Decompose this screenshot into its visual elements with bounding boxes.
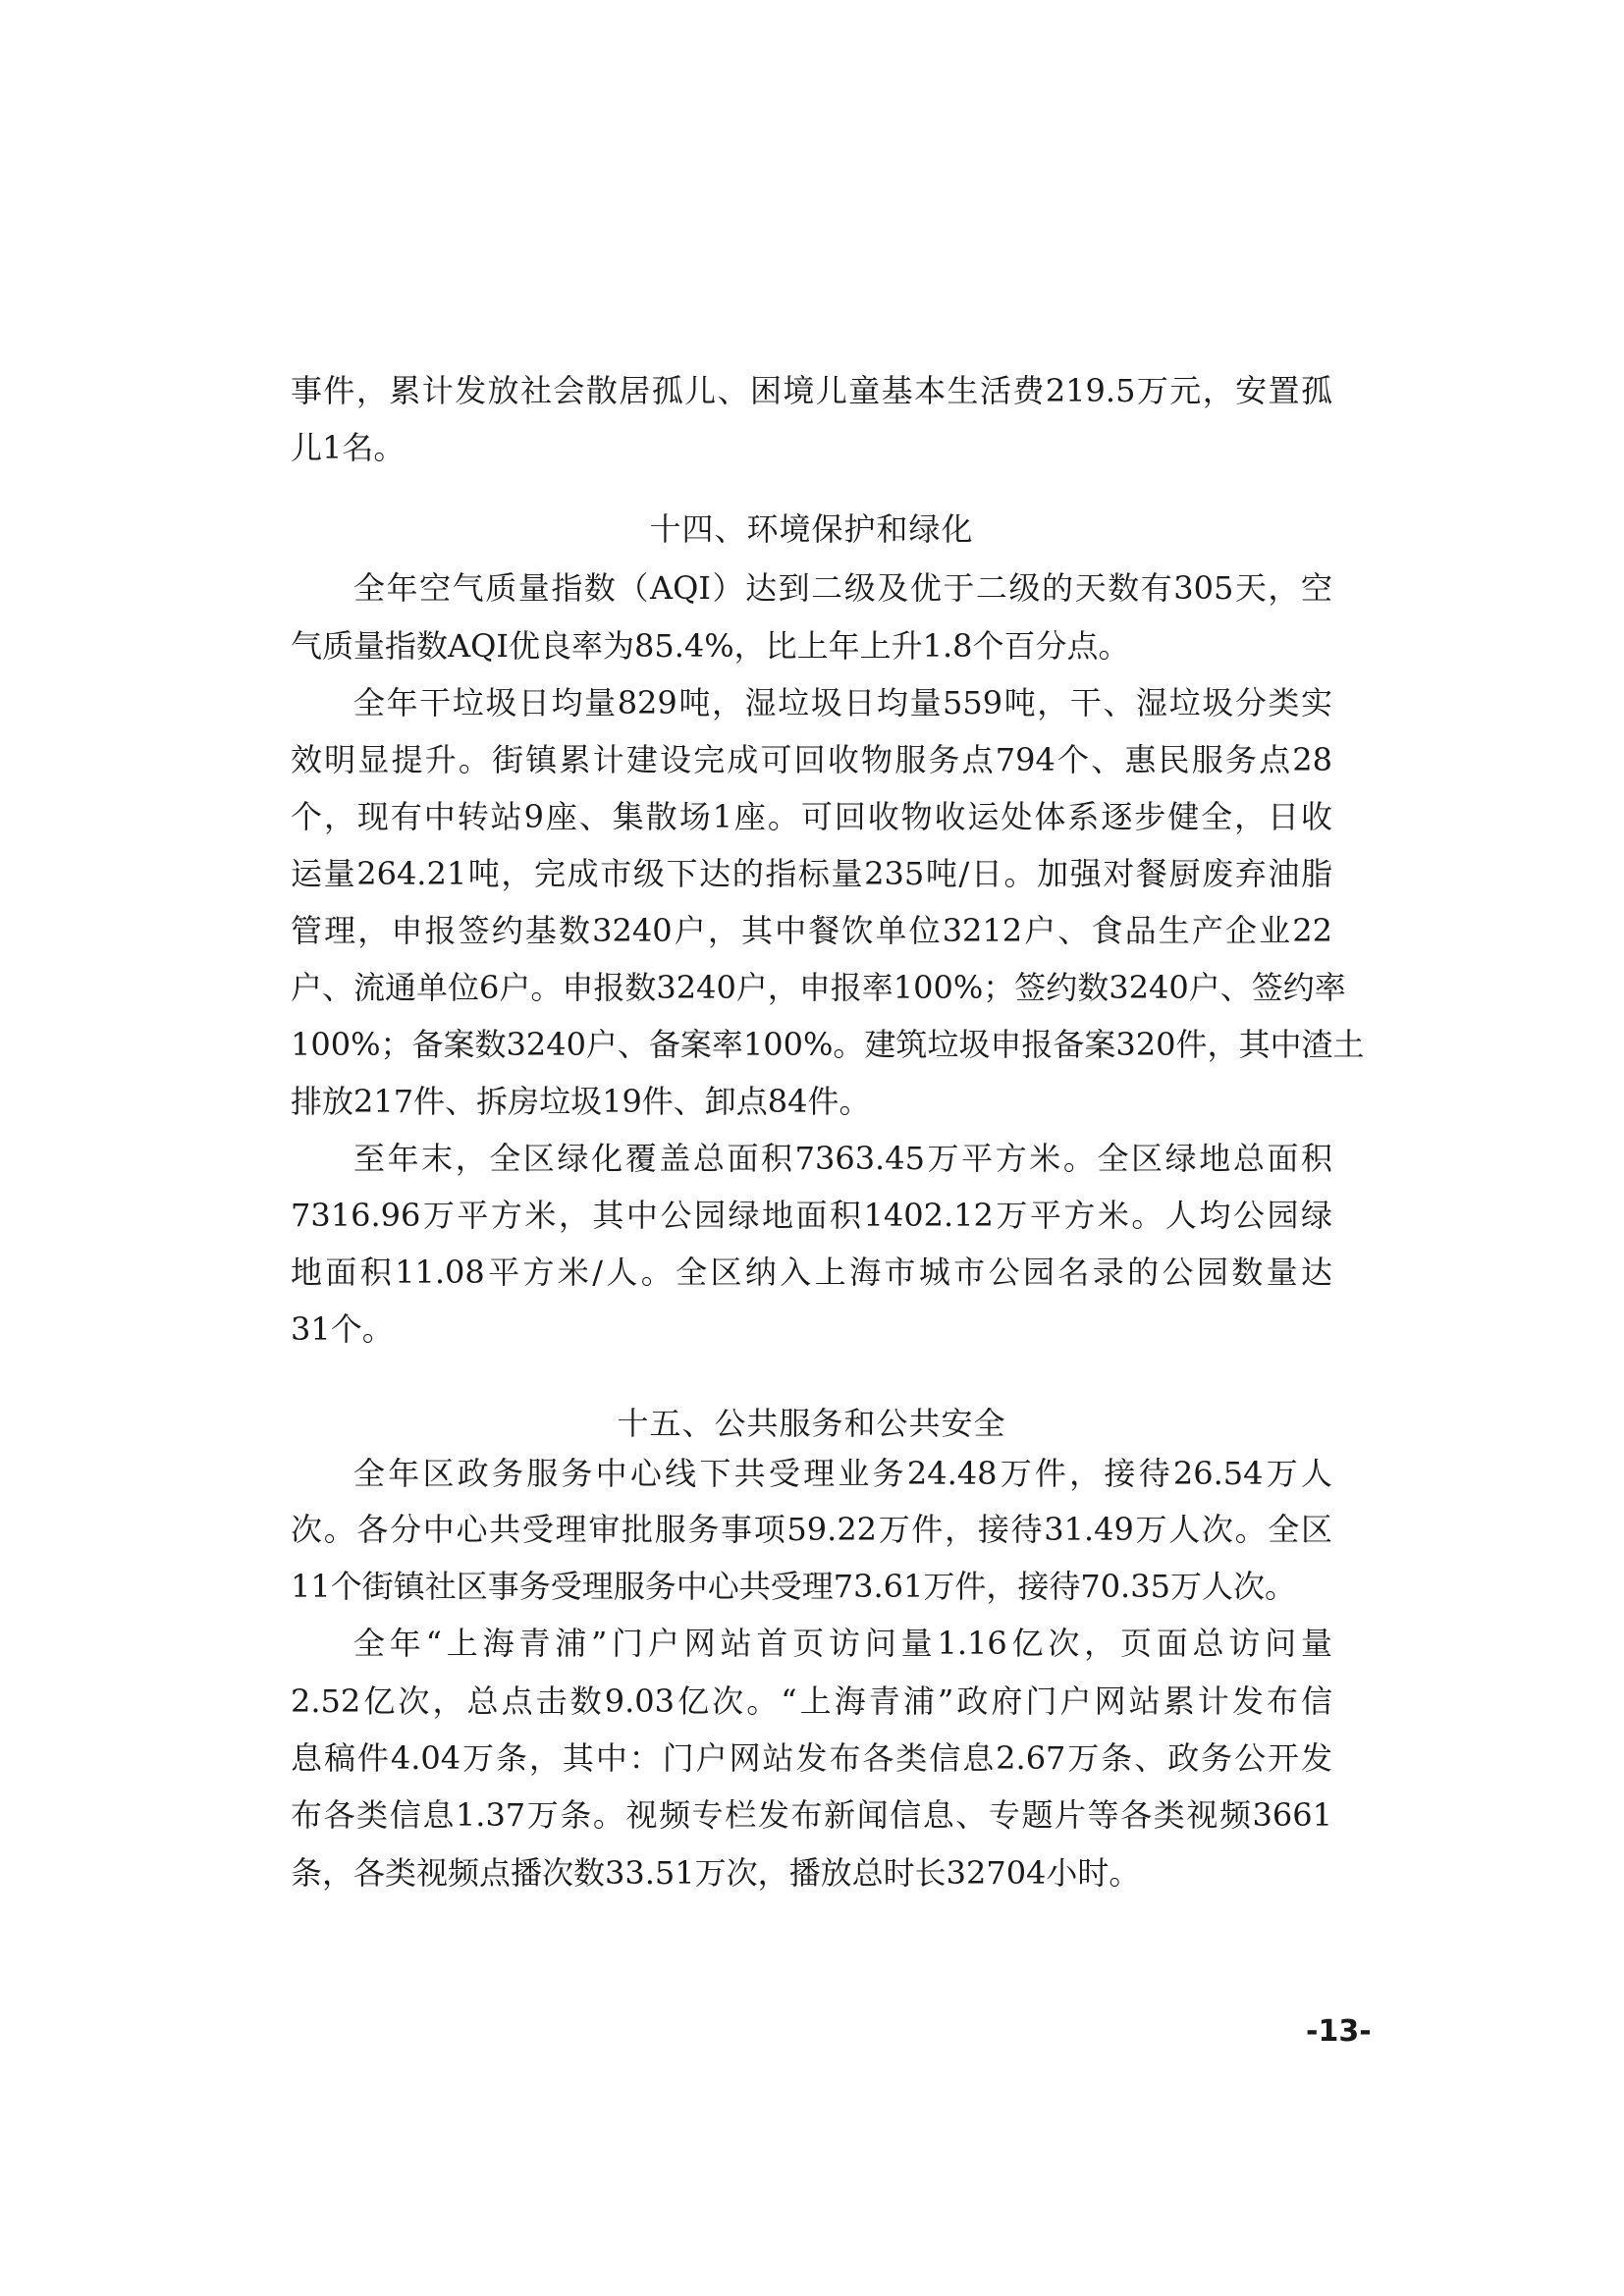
paragraph-line: 排放217件、拆房垃圾19件、卸点84件。: [291, 1082, 1332, 1121]
paragraph-line: 布各类信息1.37万条。视频专栏发布新闻信息、专题片等各类视频3661: [291, 1795, 1332, 1835]
paragraph-line: 效明显提升。街镇累计建设完成可回收物服务点794个、惠民服务点28: [291, 740, 1332, 779]
page-number: -13-: [1306, 2012, 1372, 2052]
paragraph-line: 100%；备案数3240户、备案率100%。建筑垃圾申报备案320件，其中渣土: [291, 1025, 1332, 1064]
paragraph-line: 31个。: [291, 1309, 1332, 1349]
paragraph-line: 至年末，全区绿化覆盖总面积7363.45万平方米。全区绿地总面积: [353, 1139, 1332, 1178]
paragraph-line: 条，各类视频点播次数33.51万次，播放总时长32704小时。: [291, 1853, 1332, 1893]
paragraph-line: 11个街镇社区事务受理服务中心共受理73.61万件，接待70.35万人次。: [291, 1567, 1332, 1606]
paragraph-line: 个，现有中转站9座、集散场1座。可回收物收运处体系逐步健全，日收: [291, 797, 1332, 836]
paragraph-line: 全年区政务服务中心线下共受理业务24.48万件，接待26.54万人: [353, 1454, 1332, 1493]
document-page: 事件，累计发放社会散居孤儿、困境儿童基本生活费219.5万元，安置孤 儿1名。 …: [0, 0, 1624, 2296]
paragraph-line: 儿1名。: [291, 428, 1332, 467]
paragraph-line: 2.52亿次，总点击数9.03亿次。“上海青浦”政府门户网站累计发布信: [291, 1682, 1332, 1721]
paragraph-line: 全年干垃圾日均量829吨，湿垃圾日均量559吨，干、湿垃圾分类实: [353, 683, 1332, 722]
section-heading: 十五、公共服务和公共安全: [291, 1404, 1332, 1443]
paragraph-line: 事件，累计发放社会散居孤儿、困境儿童基本生活费219.5万元，安置孤: [291, 371, 1332, 410]
paragraph-line: 全年空气质量指数（AQI）达到二级及优于二级的天数有305天，空: [353, 568, 1332, 608]
section-heading: 十四、环境保护和绿化: [291, 509, 1332, 549]
paragraph-line: 地面积11.08平方米/人。全区纳入上海市城市公园名录的公园数量达: [291, 1253, 1332, 1292]
paragraph-line: 全年“上海青浦”门户网站首页访问量1.16亿次，页面总访问量: [353, 1624, 1332, 1663]
paragraph-line: 运量264.21吨，完成市级下达的指标量235吨/日。加强对餐厨废弃油脂: [291, 854, 1332, 893]
paragraph-line: 管理，申报签约基数3240户，其中餐饮单位3212户、食品生产企业22: [291, 911, 1332, 950]
paragraph-line: 次。各分中心共受理审批服务事项59.22万件，接待31.49万人次。全区: [291, 1510, 1332, 1549]
paragraph-line: 7316.96万平方米，其中公园绿地面积1402.12万平方米。人均公园绿: [291, 1196, 1332, 1235]
paragraph-line: 气质量指数AQI优良率为85.4%，比上年上升1.8个百分点。: [291, 626, 1332, 666]
paragraph-line: 息稿件4.04万条，其中：门户网站发布各类信息2.67万条、政务公开发: [291, 1738, 1332, 1778]
paragraph-line: 户、流通单位6户。申报数3240户，申报率100%；签约数3240户、签约率: [291, 968, 1332, 1007]
